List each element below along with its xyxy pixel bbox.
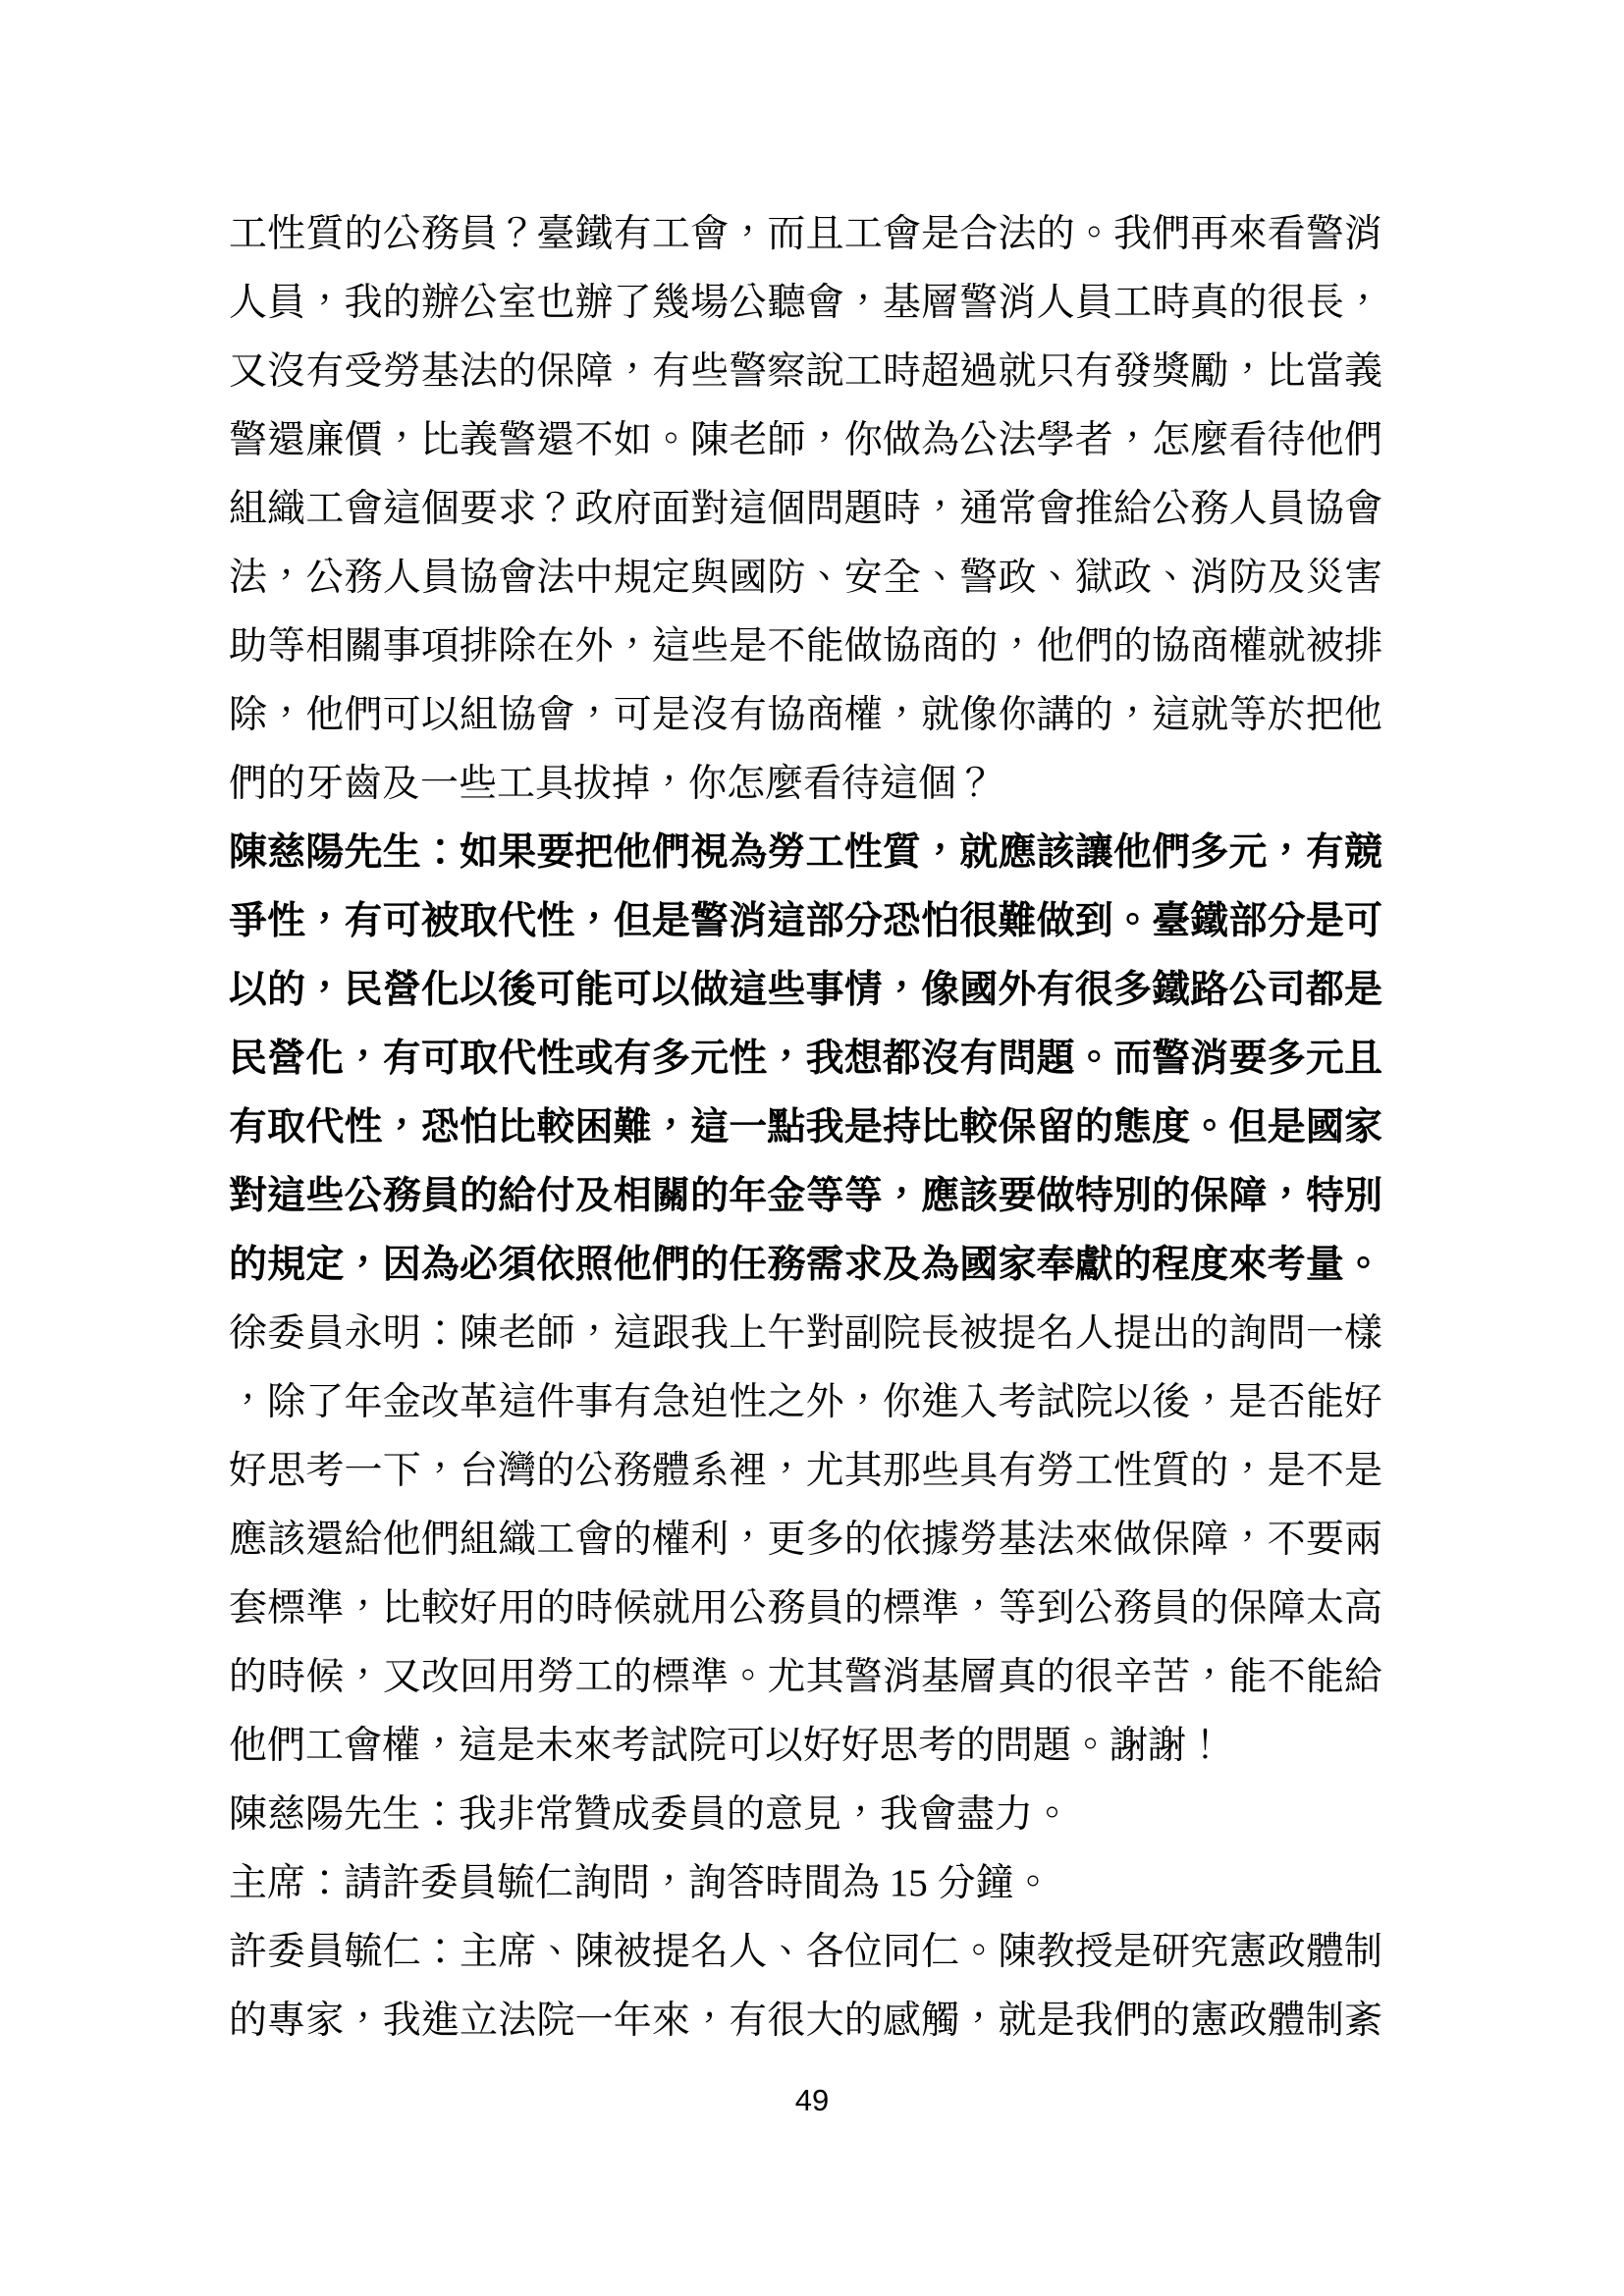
text-line: 許委員毓仁：主席、陳被提名人、各位同仁。陳教授是研究憲政體制 — [229, 1918, 1382, 1987]
page-text: 工性質的公務員？臺鐵有工會，而且工會是合法的。我們再來看警消人員，我的辦公室也辦… — [229, 200, 1382, 2056]
text-line: 組織工會這個要求？政府面對這個問題時，通常會推給公務人員協會 — [229, 475, 1382, 544]
text-line: 人員，我的辦公室也辦了幾場公聽會，基層警消人員工時真的很長， — [229, 269, 1382, 338]
text-line: 又沒有受勞基法的保障，有些警察說工時超過就只有發獎勵，比當義 — [229, 338, 1382, 406]
text-line: 主席：請許委員毓仁詢問，詢答時間為 15 分鐘。 — [229, 1849, 1382, 1918]
text-line: 應該還給他們組織工會的權利，更多的依據勞基法來做保障，不要兩 — [229, 1506, 1382, 1575]
text-line: 套標準，比較好用的時候就用公務員的標準，等到公務員的保障太高 — [229, 1575, 1382, 1643]
text-line: 徐委員永明：陳老師，這跟我上午對副院長被提名人提出的詢問一樣 — [229, 1300, 1382, 1368]
text-line: 對這些公務員的給付及相關的年金等等，應該要做特別的保障，特別 — [229, 1162, 1382, 1231]
text-line: 的專家，我進立法院一年來，有很大的感觸，就是我們的憲政體制紊 — [229, 1987, 1382, 2056]
text-line: 爭性，有可被取代性，但是警消這部分恐怕很難做到。臺鐵部分是可 — [229, 887, 1382, 956]
text-line: 民營化，有可取代性或有多元性，我想都沒有問題。而警消要多元且 — [229, 1025, 1382, 1094]
text-line: 的時候，又改回用勞工的標準。尤其警消基層真的很辛苦，能不能給 — [229, 1643, 1382, 1712]
document-page: 工性質的公務員？臺鐵有工會，而且工會是合法的。我們再來看警消人員，我的辦公室也辦… — [0, 0, 1624, 2296]
text-line: 陳慈陽先生：我非常贊成委員的意見，我會盡力。 — [229, 1781, 1382, 1849]
text-line: 警還廉價，比義警還不如。陳老師，你做為公法學者，怎麼看待他們 — [229, 406, 1382, 475]
text-line: 法，公務人員協會法中規定與國防、安全、警政、獄政、消防及災害救 — [229, 544, 1382, 613]
text-line: 好思考一下，台灣的公務體系裡，尤其那些具有勞工性質的，是不是 — [229, 1437, 1382, 1506]
text-line: 陳慈陽先生：如果要把他們視為勞工性質，就應該讓他們多元，有競 — [229, 819, 1382, 887]
text-line: 們的牙齒及一些工具拔掉，你怎麼看待這個？ — [229, 750, 1382, 819]
text-line: 的規定，因為必須依照他們的任務需求及為國家奉獻的程度來考量。 — [229, 1231, 1382, 1300]
page-number: 49 — [0, 2081, 1624, 2120]
text-line: 以的，民營化以後可能可以做這些事情，像國外有很多鐵路公司都是 — [229, 956, 1382, 1025]
text-line: 助等相關事項排除在外，這些是不能做協商的，他們的協商權就被排 — [229, 613, 1382, 681]
text-line: ，除了年金改革這件事有急迫性之外，你進入考試院以後，是否能好 — [229, 1368, 1382, 1437]
text-line: 工性質的公務員？臺鐵有工會，而且工會是合法的。我們再來看警消 — [229, 200, 1382, 269]
text-line: 他們工會權，這是未來考試院可以好好思考的問題。謝謝！ — [229, 1712, 1382, 1781]
text-line: 除，他們可以組協會，可是沒有協商權，就像你講的，這就等於把他 — [229, 681, 1382, 750]
text-line: 有取代性，恐怕比較困難，這一點我是持比較保留的態度。但是國家 — [229, 1094, 1382, 1162]
